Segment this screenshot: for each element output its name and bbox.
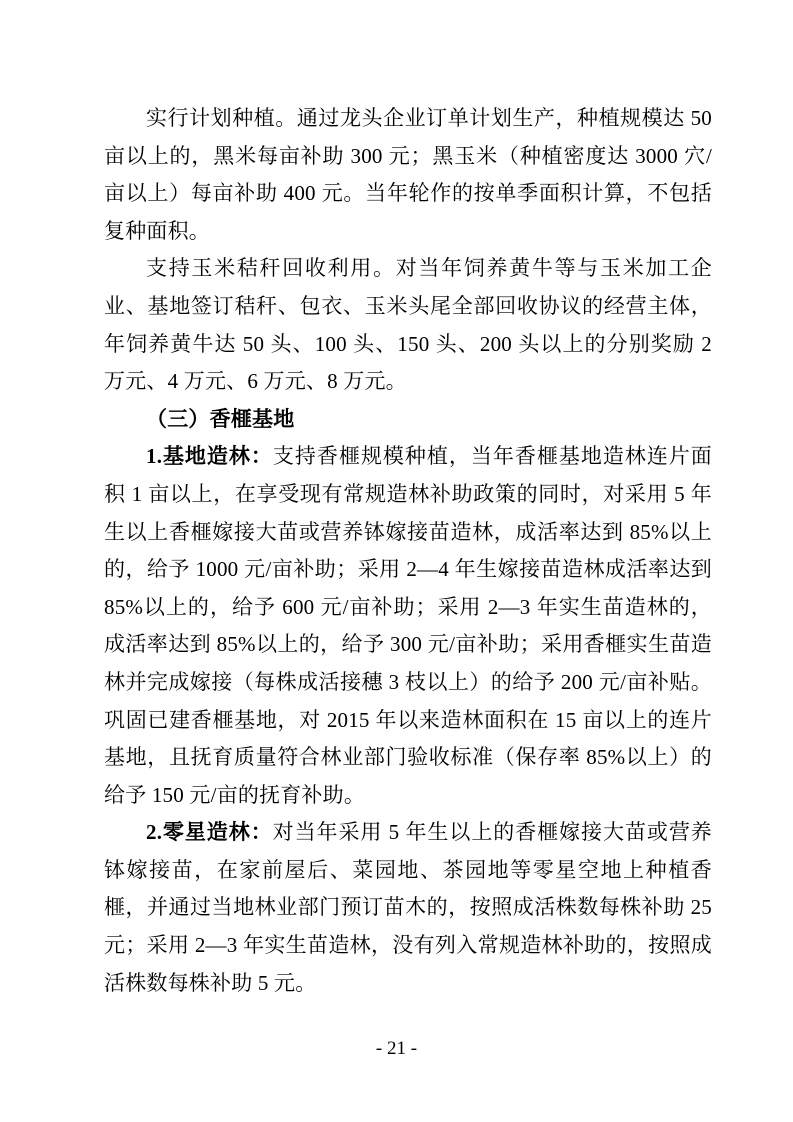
item-text-base-afforestation: 支持香榧规模种植，当年香榧基地造林连片面积 1 亩以上，在享受现有常规造林补助政… <box>104 444 712 806</box>
paragraph-scattered-afforestation: 2.零星造林：对当年采用 5 年生以上的香榧嫁接大苗或营养钵嫁接苗，在家前屋后、… <box>104 814 712 1002</box>
paragraph-planned-planting: 实行计划种植。通过龙头企业订单计划生产，种植规模达 50 亩以上的，黑米每亩补助… <box>104 100 712 250</box>
paragraph-straw-recycling: 支持玉米秸秆回收利用。对当年饲养黄牛等与玉米加工企业、基地签订秸秆、包衣、玉米头… <box>104 250 712 400</box>
paragraph-base-afforestation: 1.基地造林：支持香榧规模种植，当年香榧基地造林连片面积 1 亩以上，在享受现有… <box>104 438 712 814</box>
page-number: - 21 - <box>0 1036 793 1062</box>
item-label-scattered-afforestation: 2.零星造林： <box>146 820 273 844</box>
section-heading-xiangfei-base: （三）香榧基地 <box>104 401 712 439</box>
document-body: 实行计划种植。通过龙头企业订单计划生产，种植规模达 50 亩以上的，黑米每亩补助… <box>104 100 712 1002</box>
document-page: 实行计划种植。通过龙头企业订单计划生产，种植规模达 50 亩以上的，黑米每亩补助… <box>0 0 793 1122</box>
item-label-base-afforestation: 1.基地造林： <box>146 444 273 468</box>
item-text-scattered-afforestation: 对当年采用 5 年生以上的香榧嫁接大苗或营养钵嫁接苗，在家前屋后、菜园地、茶园地… <box>104 820 712 994</box>
